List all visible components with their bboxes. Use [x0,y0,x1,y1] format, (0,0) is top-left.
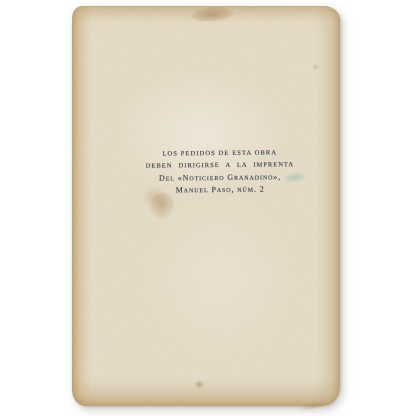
stain-bottom-right-streak [297,399,328,413]
imprint-line-4: Manuel Paso, núm. 2 [100,183,340,198]
paper-grain-texture [72,6,340,406]
book-page: LOS PEDIDOS DE ESTA OBRA DEBEN DIRIGIRSE… [72,6,340,406]
stain-top-center [190,5,235,23]
photo-background: LOS PEDIDOS DE ESTA OBRA DEBEN DIRIGIRSE… [0,0,416,416]
stain-bottom-spot [194,380,205,389]
stain-upper-right-speck [312,64,319,70]
printer-imprint-note: LOS PEDIDOS DE ESTA OBRA DEBEN DIRIGIRSE… [100,147,340,198]
